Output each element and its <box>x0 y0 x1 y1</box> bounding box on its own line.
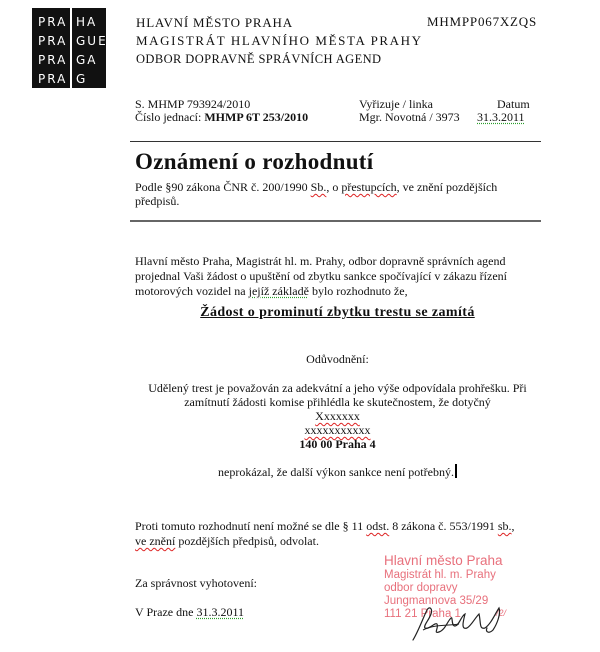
text-line: xxxxxxxxxxx <box>125 423 550 437</box>
text: motorových vozidel na <box>135 284 249 298</box>
text: Proti tomuto rozhodnutí není možné se dl… <box>135 519 366 533</box>
person-city: 140 00 Praha 4 <box>125 437 550 451</box>
signature-icon <box>405 600 515 645</box>
logo-text: PRA <box>38 13 67 32</box>
logo-right-column: HA GUE GA G <box>76 13 108 89</box>
text: přestupcích <box>341 180 396 194</box>
reference-value: MHMP 6T 253/2010 <box>204 110 308 124</box>
intro-paragraph: Hlavní město Praha, Magistrát hl. m. Pra… <box>135 254 545 299</box>
handler-label: Vyřizuje / linka <box>359 97 433 111</box>
logo-text: PRA <box>38 51 67 70</box>
handler-value: Mgr. Novotná / 3973 <box>359 110 460 124</box>
file-reference: S. MHMP 793924/2010 <box>135 97 250 111</box>
text: Sb. <box>311 180 327 194</box>
text: bylo rozhodnuto že, <box>309 284 408 298</box>
logo-divider <box>70 8 72 88</box>
text: , <box>512 519 515 533</box>
logo-text: PRA <box>38 70 67 89</box>
text-line: projednal Vaši žádost o upuštění od zbyt… <box>135 269 545 284</box>
logo-text: HA <box>76 13 108 32</box>
text-line: Xxxxxxx <box>125 409 550 423</box>
text-line: Proti tomuto rozhodnutí není možné se dl… <box>135 519 545 534</box>
logo-text: PRA <box>38 32 67 51</box>
person-name: Xxxxxxx <box>315 409 360 423</box>
text: 8 zákona č. 553/1991 <box>389 519 498 533</box>
logo-text: GA <box>76 51 108 70</box>
stamp-line: Magistrát hl. m. Prahy <box>384 569 503 582</box>
logo-left-column: PRA PRA PRA PRA <box>38 13 67 89</box>
text-line: zamítnutí žádosti komise přihlédla ke sk… <box>125 395 550 409</box>
text-cursor <box>455 464 457 478</box>
text: jejíž základě <box>249 284 309 298</box>
text: ve znění <box>135 534 175 548</box>
header-department: ODBOR DOPRAVNĚ SPRÁVNÍCH AGEND <box>136 50 381 68</box>
header-city: HLAVNÍ MĚSTO PRAHA <box>136 14 293 32</box>
text: odst. <box>366 519 389 533</box>
divider-bottom <box>130 220 541 222</box>
header-magistrate: MAGISTRÁT HLAVNÍHO MĚSTA PRAHY <box>136 32 423 50</box>
page-title: Oznámení o rozhodnutí <box>135 149 373 175</box>
text: sb. <box>498 519 512 533</box>
stamp-line: odbor dopravy <box>384 582 503 595</box>
text-line: Udělený trest je považován za adekvátní … <box>125 381 550 395</box>
legal-basis: Podle §90 zákona ČNR č. 200/1990 Sb., o … <box>135 180 515 208</box>
text: neprokázal, že další výkon sankce není p… <box>218 465 454 479</box>
decision-heading: Žádost o prominutí zbytku trestu se zamí… <box>130 305 545 321</box>
person-street: xxxxxxxxxxx <box>305 423 371 437</box>
divider-top <box>130 141 541 142</box>
text-line: motorových vozidel na jejíž základě bylo… <box>135 284 545 299</box>
praha-logo: PRA PRA PRA PRA HA GUE GA G <box>32 8 106 88</box>
logo-text: GUE <box>76 32 108 51</box>
text: pozdějších předpisů, odvolat. <box>175 534 319 548</box>
reasoning-heading: Odůvodnění: <box>125 352 550 367</box>
document-code: MHMPP067XZQS <box>427 14 537 30</box>
date-label: Datum <box>497 97 530 111</box>
date-value: 31.3.2011 <box>477 110 525 124</box>
text-line: Hlavní město Praha, Magistrát hl. m. Pra… <box>135 254 545 269</box>
reference-label: Číslo jednací: <box>135 110 204 124</box>
logo-text: G <box>76 70 108 89</box>
reference-number: Číslo jednací: MHMP 6T 253/2010 <box>135 110 308 124</box>
stamp-line: Hlavní město Praha <box>384 553 503 569</box>
text: Podle §90 zákona ČNR č. 200/1990 <box>135 180 311 194</box>
text: V Praze dne <box>135 605 196 619</box>
reasoning-conclusion[interactable]: neprokázal, že další výkon sankce není p… <box>125 464 550 480</box>
text: 31.3.2011 <box>196 605 244 619</box>
reasoning-paragraph: Udělený trest je považován za adekvátní … <box>125 381 550 451</box>
text-line: ve znění pozdějších předpisů, odvolat. <box>135 534 545 549</box>
appeal-paragraph: Proti tomuto rozhodnutí není možné se dl… <box>135 519 545 549</box>
text: , o <box>326 180 341 194</box>
